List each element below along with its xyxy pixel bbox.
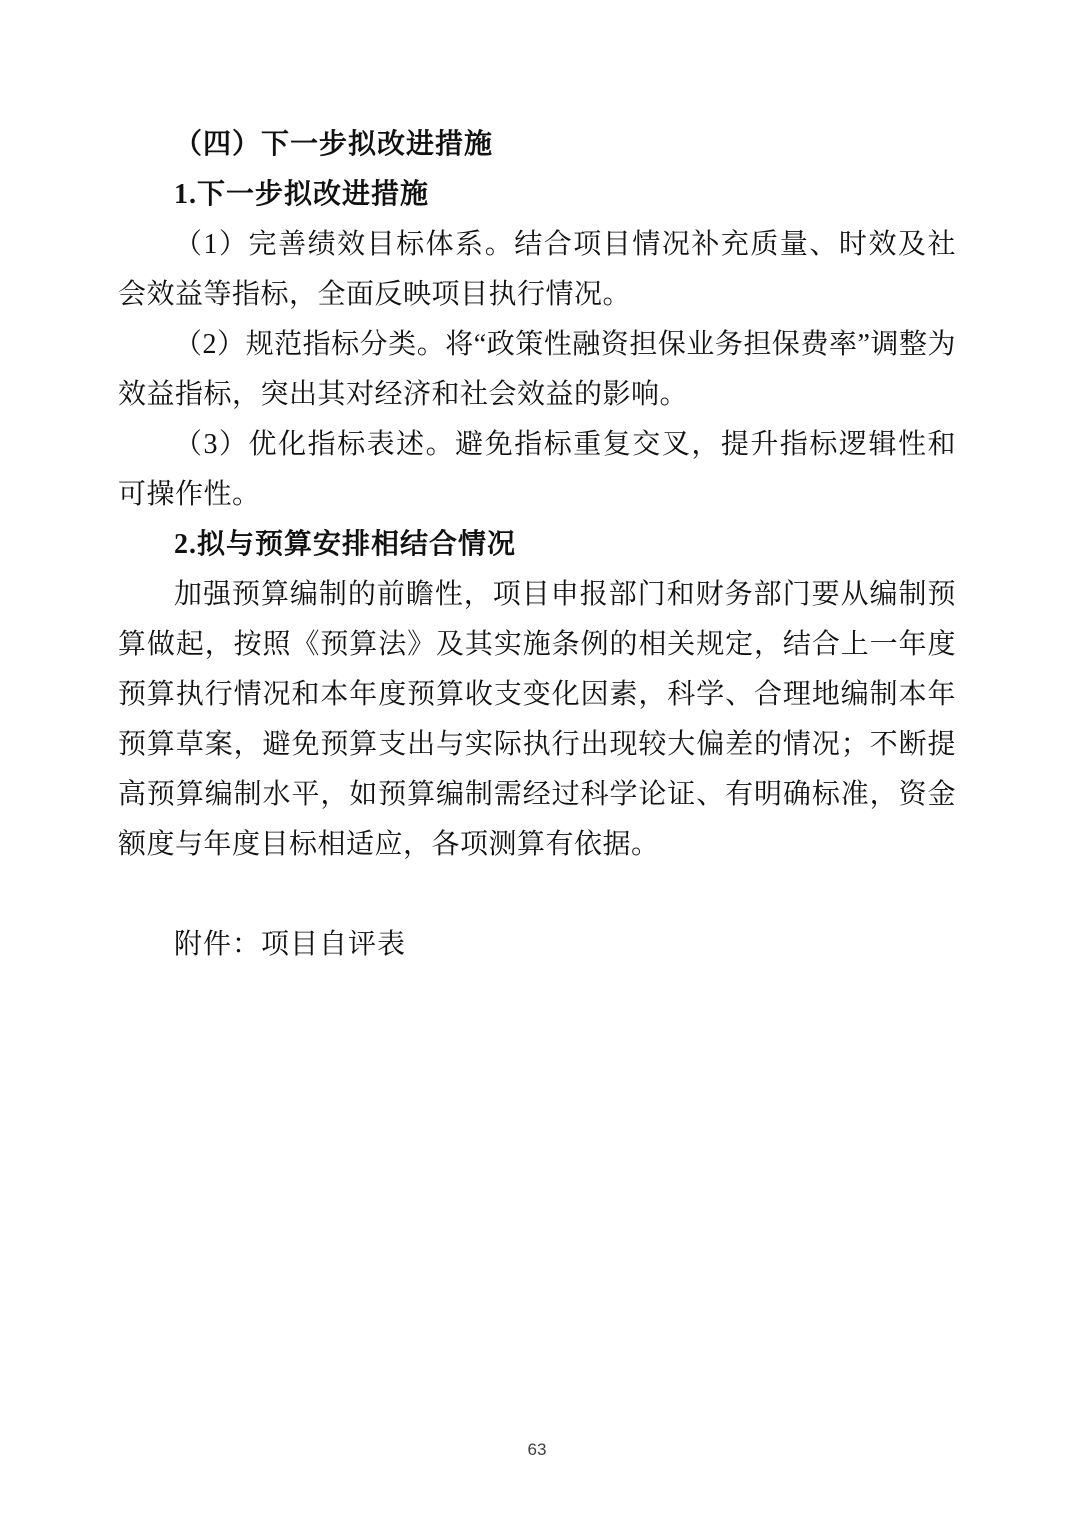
subsection-1-heading: 1.下一步拟改进措施 xyxy=(118,170,956,220)
subsection-2-paragraph-1: 加强预算编制的前瞻性，项目申报部门和财务部门要从编制预算做起，按照《预算法》及其… xyxy=(118,570,956,870)
subsection-1-paragraph-1: （1）完善绩效目标体系。结合项目情况补充质量、时效及社会效益等指标，全面反映项目… xyxy=(118,220,956,320)
subsection-2-heading: 2.拟与预算安排相结合情况 xyxy=(118,520,956,570)
document-body: （四）下一步拟改进措施 1.下一步拟改进措施 （1）完善绩效目标体系。结合项目情… xyxy=(118,120,956,970)
section-heading: （四）下一步拟改进措施 xyxy=(118,120,956,170)
page-footer: 63 xyxy=(0,1438,1074,1462)
document-page: （四）下一步拟改进措施 1.下一步拟改进措施 （1）完善绩效目标体系。结合项目情… xyxy=(0,0,1074,1520)
attachment-line: 附件：项目自评表 xyxy=(118,920,956,970)
page-number: 63 xyxy=(528,1440,547,1459)
subsection-1-paragraph-3: （3）优化指标表述。避免指标重复交叉，提升指标逻辑性和可操作性。 xyxy=(118,420,956,520)
subsection-1-paragraph-2: （2）规范指标分类。将“政策性融资担保业务担保费率”调整为效益指标，突出其对经济… xyxy=(118,320,956,420)
